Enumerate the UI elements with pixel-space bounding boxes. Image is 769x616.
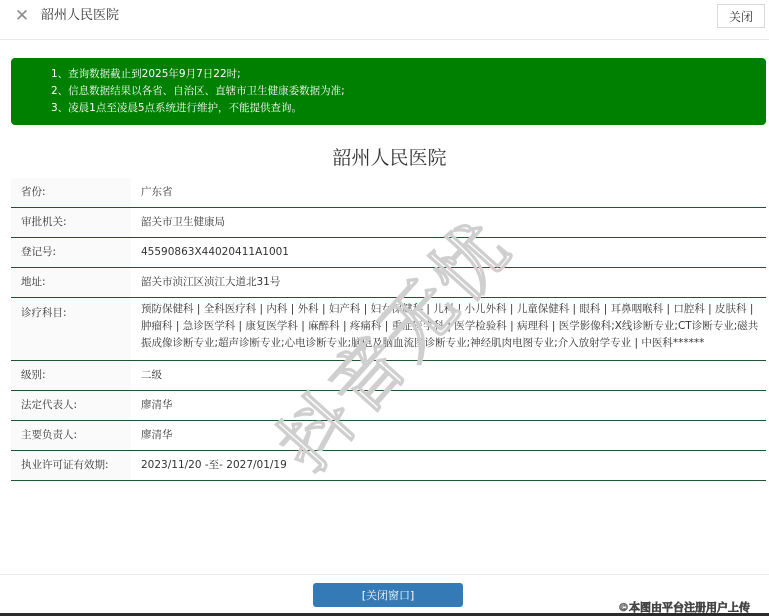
info-row-approval-authority: 审批机关: 韶关市卫生健康局	[11, 208, 766, 238]
field-label: 诊疗科目:	[11, 298, 131, 361]
field-value: 2023/11/20 -至- 2027/01/19	[131, 451, 766, 481]
close-x-icon[interactable]: ✕	[14, 7, 30, 25]
info-row-license-validity: 执业许可证有效期: 2023/11/20 -至- 2027/01/19	[11, 451, 766, 481]
field-label: 主要负责人:	[11, 421, 131, 451]
field-value: 韶关市浈江区浈江大道北31号	[131, 268, 766, 298]
dialog-title: 韶州人民医院	[41, 7, 119, 25]
field-label: 省份:	[11, 178, 131, 208]
field-label: 法定代表人:	[11, 391, 131, 421]
field-value: 廖清华	[131, 391, 766, 421]
field-label: 登记号:	[11, 238, 131, 268]
field-value: 廖清华	[131, 421, 766, 451]
field-label: 地址:	[11, 268, 131, 298]
field-value: 预防保健科 | 全科医疗科 | 内科 | 外科 | 妇产科 | 妇女保健科 | …	[131, 298, 766, 361]
dialog-header: ✕ 韶州人民医院 关闭	[0, 0, 769, 40]
field-value: 广东省	[131, 178, 766, 208]
info-row-departments: 诊疗科目: 预防保健科 | 全科医疗科 | 内科 | 外科 | 妇产科 | 妇女…	[11, 298, 766, 361]
notice-line: 3、凌晨1点至凌晨5点系统进行维护，不能提供查询。	[51, 100, 766, 117]
hospital-name-heading: 韶州人民医院	[0, 145, 769, 171]
info-row-level: 级别: 二级	[11, 361, 766, 391]
field-label: 执业许可证有效期:	[11, 451, 131, 481]
field-label: 级别:	[11, 361, 131, 391]
field-value: 二级	[131, 361, 766, 391]
notice-banner: 1、查询数据截止到2025年9月7日22时; 2、信息数据结果以各省、自治区、直…	[11, 58, 766, 125]
info-row-address: 地址: 韶关市浈江区浈江大道北31号	[11, 268, 766, 298]
info-row-registration-number: 登记号: 45590863X44020411A1001	[11, 238, 766, 268]
footer-divider	[0, 574, 769, 575]
close-button[interactable]: 关闭	[717, 4, 765, 28]
info-row-legal-representative: 法定代表人: 廖清华	[11, 391, 766, 421]
notice-line: 2、信息数据结果以各省、自治区、直辖市卫生健康委数据为准;	[51, 83, 766, 100]
field-value: 45590863X44020411A1001	[131, 238, 766, 268]
field-label: 审批机关:	[11, 208, 131, 238]
field-value: 韶关市卫生健康局	[131, 208, 766, 238]
notice-line: 1、查询数据截止到2025年9月7日22时;	[51, 66, 766, 83]
info-row-principal: 主要负责人: 廖清华	[11, 421, 766, 451]
info-row-province: 省份: 广东省	[11, 178, 766, 208]
hospital-info-table: 省份: 广东省 审批机关: 韶关市卫生健康局 登记号: 45590863X440…	[11, 178, 766, 481]
close-window-button[interactable]: [关闭窗口]	[313, 583, 463, 607]
